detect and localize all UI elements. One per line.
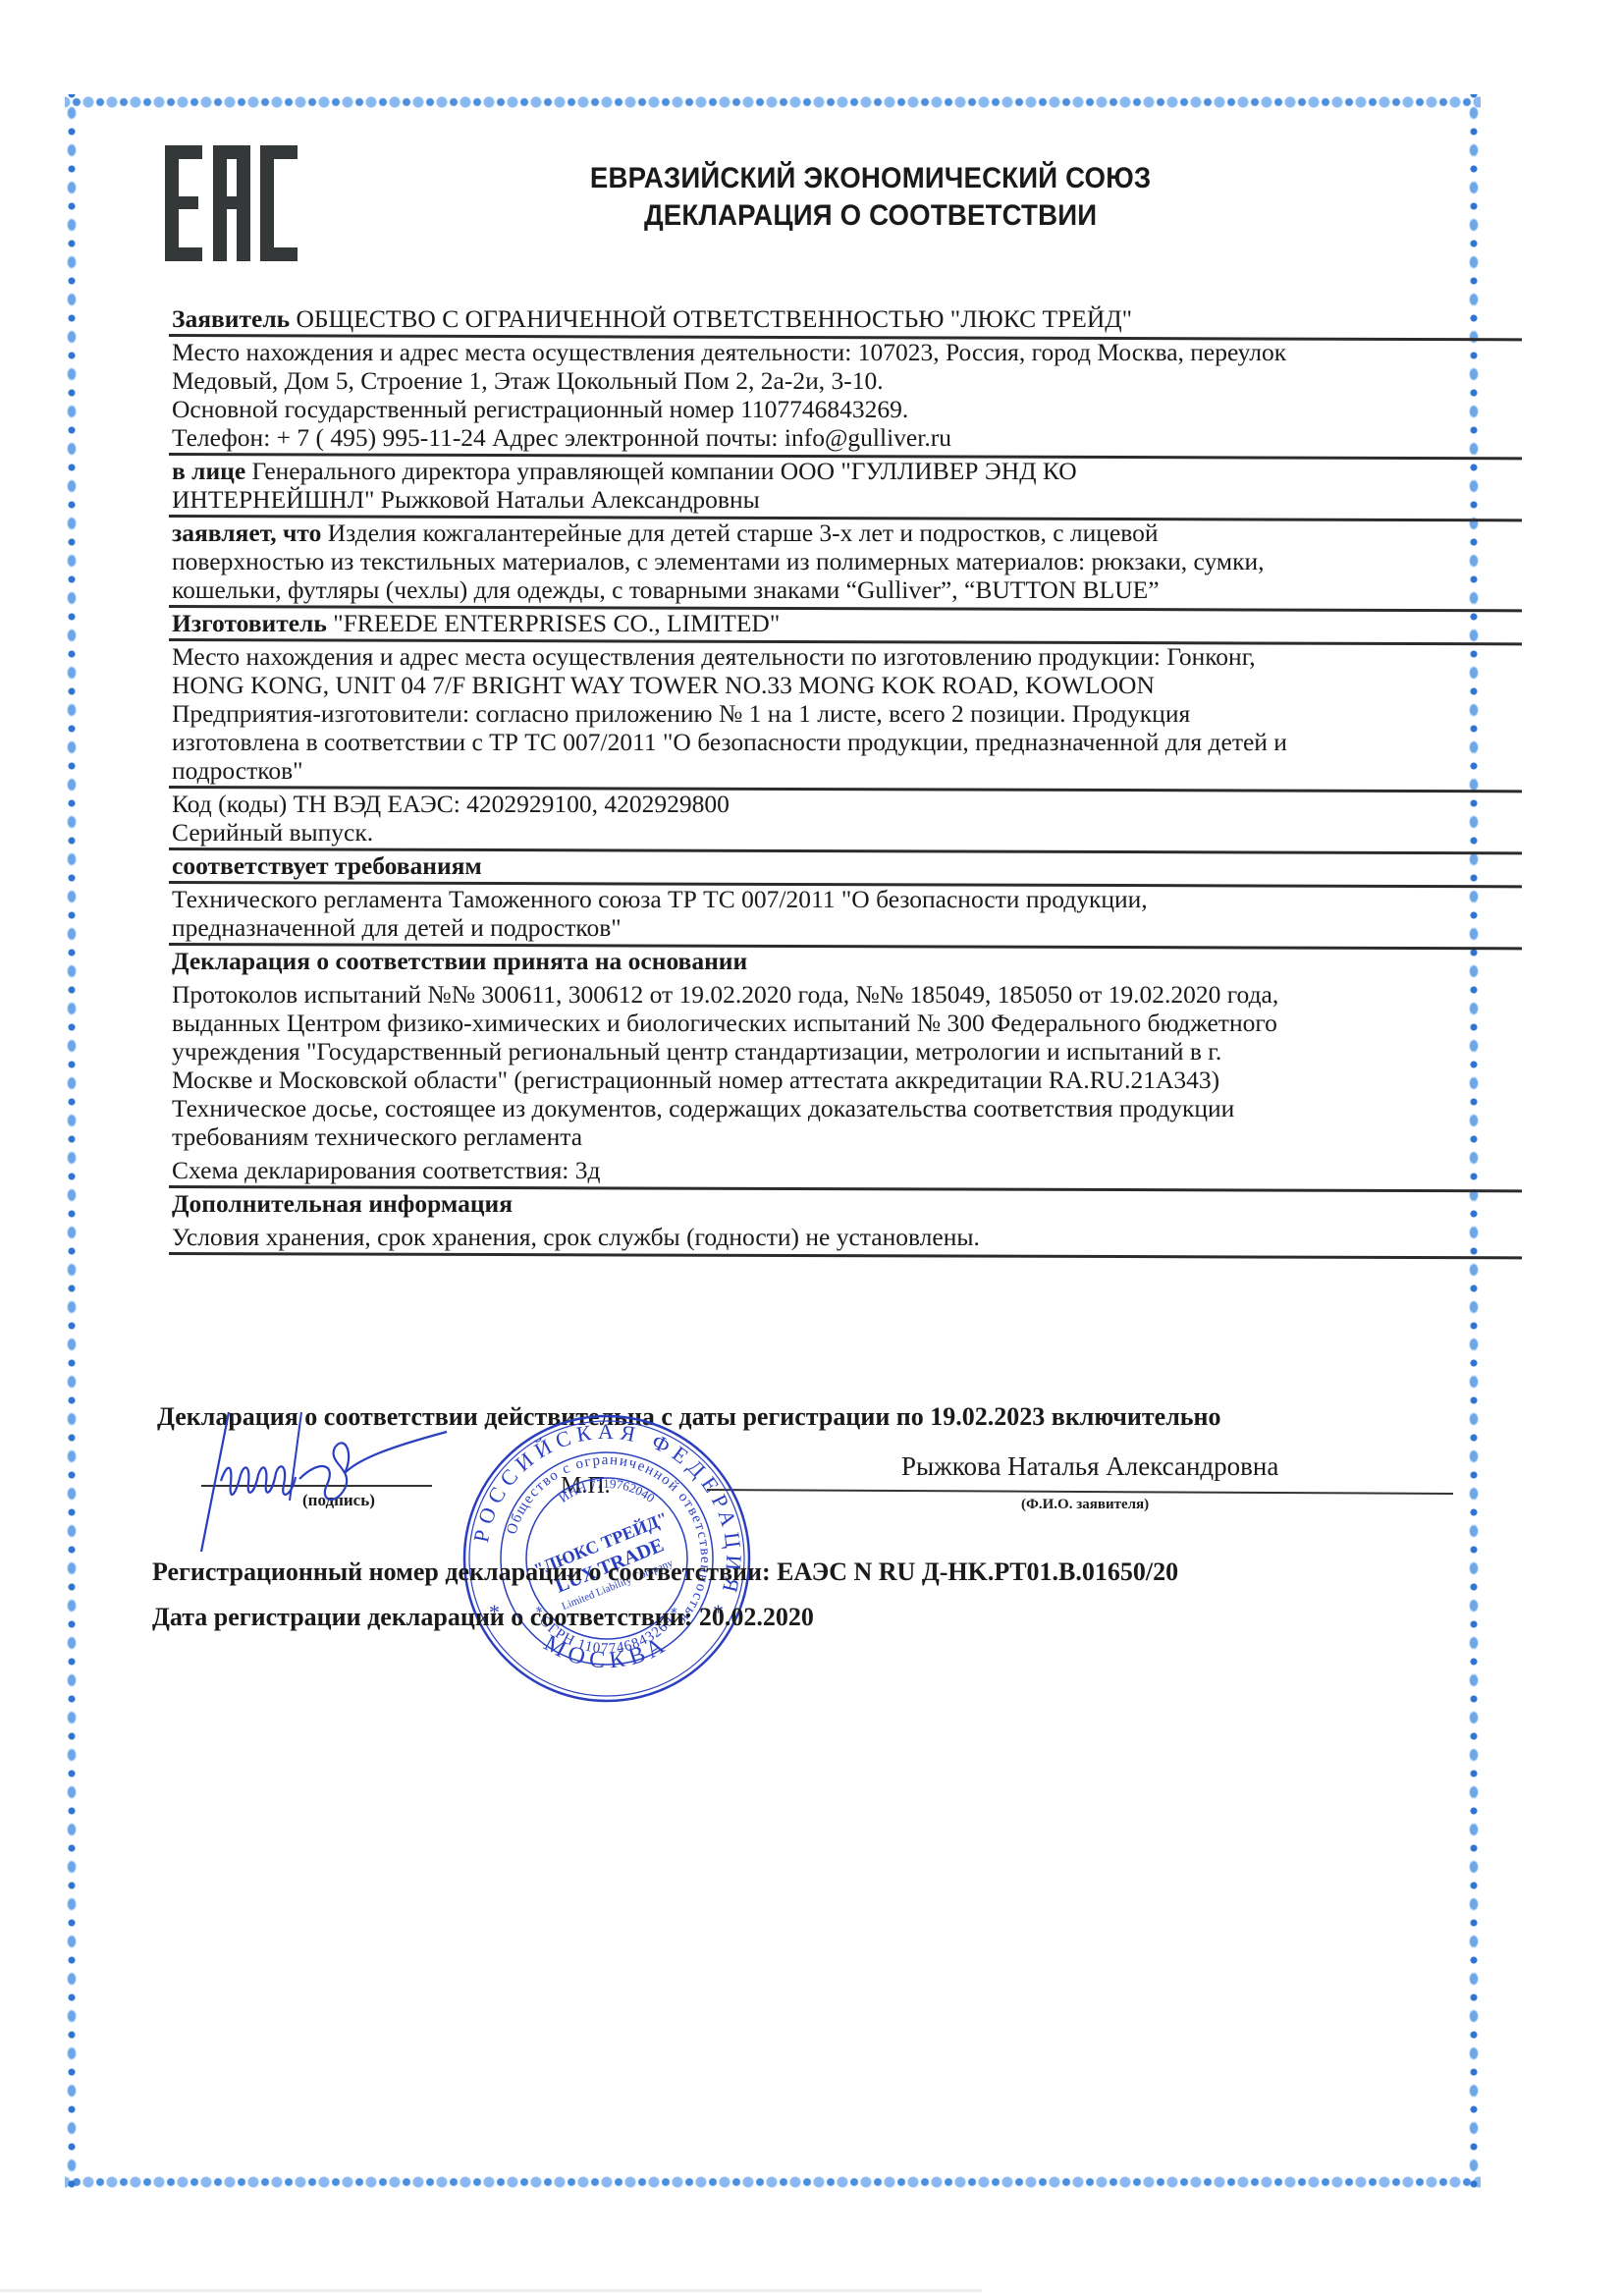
handwritten-signature-icon bbox=[162, 1404, 457, 1561]
title-union: ЕВРАЗИЙСКИЙ ЭКОНОМИЧЕСКИЙ СОЮЗ bbox=[550, 160, 1191, 197]
label-basis: Декларация о соответствии принята на осн… bbox=[172, 947, 1507, 975]
border-top bbox=[65, 94, 1481, 110]
section-represented-by: в лице Генерального директора управляюще… bbox=[172, 455, 1507, 517]
section-scheme: Схема декларирования соответствия: 3д bbox=[172, 1154, 1507, 1187]
manufacturer-plants-3: подростков" bbox=[172, 756, 1507, 785]
manufacturer-plants-1: Предприятия-изготовители: согласно прило… bbox=[172, 699, 1507, 728]
svg-text:ИНН 7719762040: ИНН 7719762040 bbox=[556, 1476, 657, 1505]
tnved-codes: Код (коды) ТН ВЭД ЕАЭС: 4202929100, 4202… bbox=[172, 790, 1507, 818]
label-additional: Дополнительная информация bbox=[172, 1189, 1507, 1218]
name-line bbox=[707, 1489, 1453, 1495]
section-declares: заявляет, что Изделия кожгалантерейные д… bbox=[172, 517, 1507, 607]
additional-info: Условия хранения, срок хранения, срок сл… bbox=[172, 1223, 1507, 1251]
regulation-1: Технического регламента Таможенного союз… bbox=[172, 885, 1507, 913]
eac-logo bbox=[165, 145, 302, 261]
section-manufacturer-details: Место нахождения и адрес места осуществл… bbox=[172, 640, 1507, 788]
applicant-address-1: Место нахождения и адрес места осуществл… bbox=[172, 338, 1507, 366]
section-applicant-name: Заявитель ОБЩЕСТВО С ОГРАНИЧЕННОЙ ОТВЕТС… bbox=[172, 302, 1507, 336]
basis-6: требованиям технического регламента bbox=[172, 1122, 1507, 1151]
logo-letter-a bbox=[213, 145, 255, 261]
section-additional: Условия хранения, срок хранения, срок сл… bbox=[172, 1221, 1507, 1254]
manufacturer-address-1: Место нахождения и адрес места осуществл… bbox=[172, 642, 1507, 671]
scan-edge bbox=[0, 2289, 982, 2292]
section-conforms-label: соответствует требованиям bbox=[172, 849, 1507, 883]
label-conforms: соответствует требованиям bbox=[172, 851, 1507, 880]
represented-by-2: ИНТЕРНЕЙШНЛ" Рыжковой Натальи Александро… bbox=[172, 485, 1507, 514]
basis-2: выданных Центром физико-химических и био… bbox=[172, 1009, 1507, 1037]
section-basis: Протоколов испытаний №№ 300611, 300612 о… bbox=[172, 978, 1507, 1154]
registration-date: Дата регистрации декларации о соответств… bbox=[152, 1603, 814, 1632]
document-title: ЕВРАЗИЙСКИЙ ЭКОНОМИЧЕСКИЙ СОЮЗ ДЕКЛАРАЦИ… bbox=[550, 160, 1191, 235]
basis-1: Протоколов испытаний №№ 300611, 300612 о… bbox=[172, 980, 1507, 1009]
declaration-scheme: Схема декларирования соответствия: 3д bbox=[172, 1156, 1507, 1184]
label-declares: заявляет, что bbox=[172, 519, 321, 547]
section-manufacturer-name: Изготовитель "FREEDE ENTERPRISES CO., LI… bbox=[172, 607, 1507, 640]
represented-by-1: Генерального директора управляющей компа… bbox=[245, 457, 1077, 485]
signer-name: Рыжкова Наталья Александровна bbox=[901, 1451, 1278, 1482]
product-2: поверхностью из текстильных материалов, … bbox=[172, 547, 1507, 575]
manufacturer-name: "FREEDE ENTERPRISES CO., LIMITED" bbox=[327, 609, 780, 637]
name-caption: (Ф.И.О. заявителя) bbox=[1021, 1497, 1149, 1513]
release-type: Серийный выпуск. bbox=[172, 818, 1507, 847]
declaration-body: Заявитель ОБЩЕСТВО С ОГРАНИЧЕННОЙ ОТВЕТС… bbox=[172, 302, 1507, 1254]
section-additional-label: Дополнительная информация bbox=[172, 1187, 1507, 1221]
basis-4: Москве и Московской области" (регистраци… bbox=[172, 1066, 1507, 1094]
logo-letter-c bbox=[260, 145, 302, 261]
logo-letter-e bbox=[165, 145, 207, 261]
border-bottom bbox=[65, 2174, 1481, 2190]
product-1: Изделия кожгалантерейные для детей старш… bbox=[321, 519, 1158, 547]
applicant-name: ОБЩЕСТВО С ОГРАНИЧЕННОЙ ОТВЕТСТВЕННОСТЬЮ… bbox=[290, 304, 1132, 333]
manufacturer-address-2: HONG KONG, UNIT 04 7/F BRIGHT WAY TOWER … bbox=[172, 671, 1507, 699]
label-represented-by: в лице bbox=[172, 457, 245, 485]
section-basis-label: Декларация о соответствии принята на осн… bbox=[172, 945, 1507, 978]
manufacturer-plants-2: изготовлена в соответствии с ТР ТС 007/2… bbox=[172, 728, 1507, 756]
regulation-2: предназначенной для детей и подростков" bbox=[172, 913, 1507, 942]
border-left bbox=[65, 94, 79, 2190]
basis-5: Техническое досье, состоящее из документ… bbox=[172, 1094, 1507, 1122]
applicant-contacts: Телефон: + 7 ( 495) 995-11-24 Адрес элек… bbox=[172, 423, 1507, 452]
basis-3: учреждения "Государственный региональный… bbox=[172, 1037, 1507, 1066]
label-manufacturer: Изготовитель bbox=[172, 609, 327, 637]
registration-number: Регистрационный номер декларации о соотв… bbox=[152, 1558, 1178, 1587]
applicant-address-2: Медовый, Дом 5, Строение 1, Этаж Цокольн… bbox=[172, 366, 1507, 395]
product-3: кошельки, футляры (чехлы) для одежды, с … bbox=[172, 575, 1507, 604]
applicant-ogrn: Основной государственный регистрационный… bbox=[172, 395, 1507, 423]
section-codes: Код (коды) ТН ВЭД ЕАЭС: 4202929100, 4202… bbox=[172, 788, 1507, 849]
label-applicant: Заявитель bbox=[172, 304, 290, 333]
section-applicant-details: Место нахождения и адрес места осуществл… bbox=[172, 336, 1507, 455]
title-declaration: ДЕКЛАРАЦИЯ О СООТВЕТСТВИИ bbox=[550, 197, 1191, 235]
section-conforms: Технического регламента Таможенного союз… bbox=[172, 883, 1507, 945]
